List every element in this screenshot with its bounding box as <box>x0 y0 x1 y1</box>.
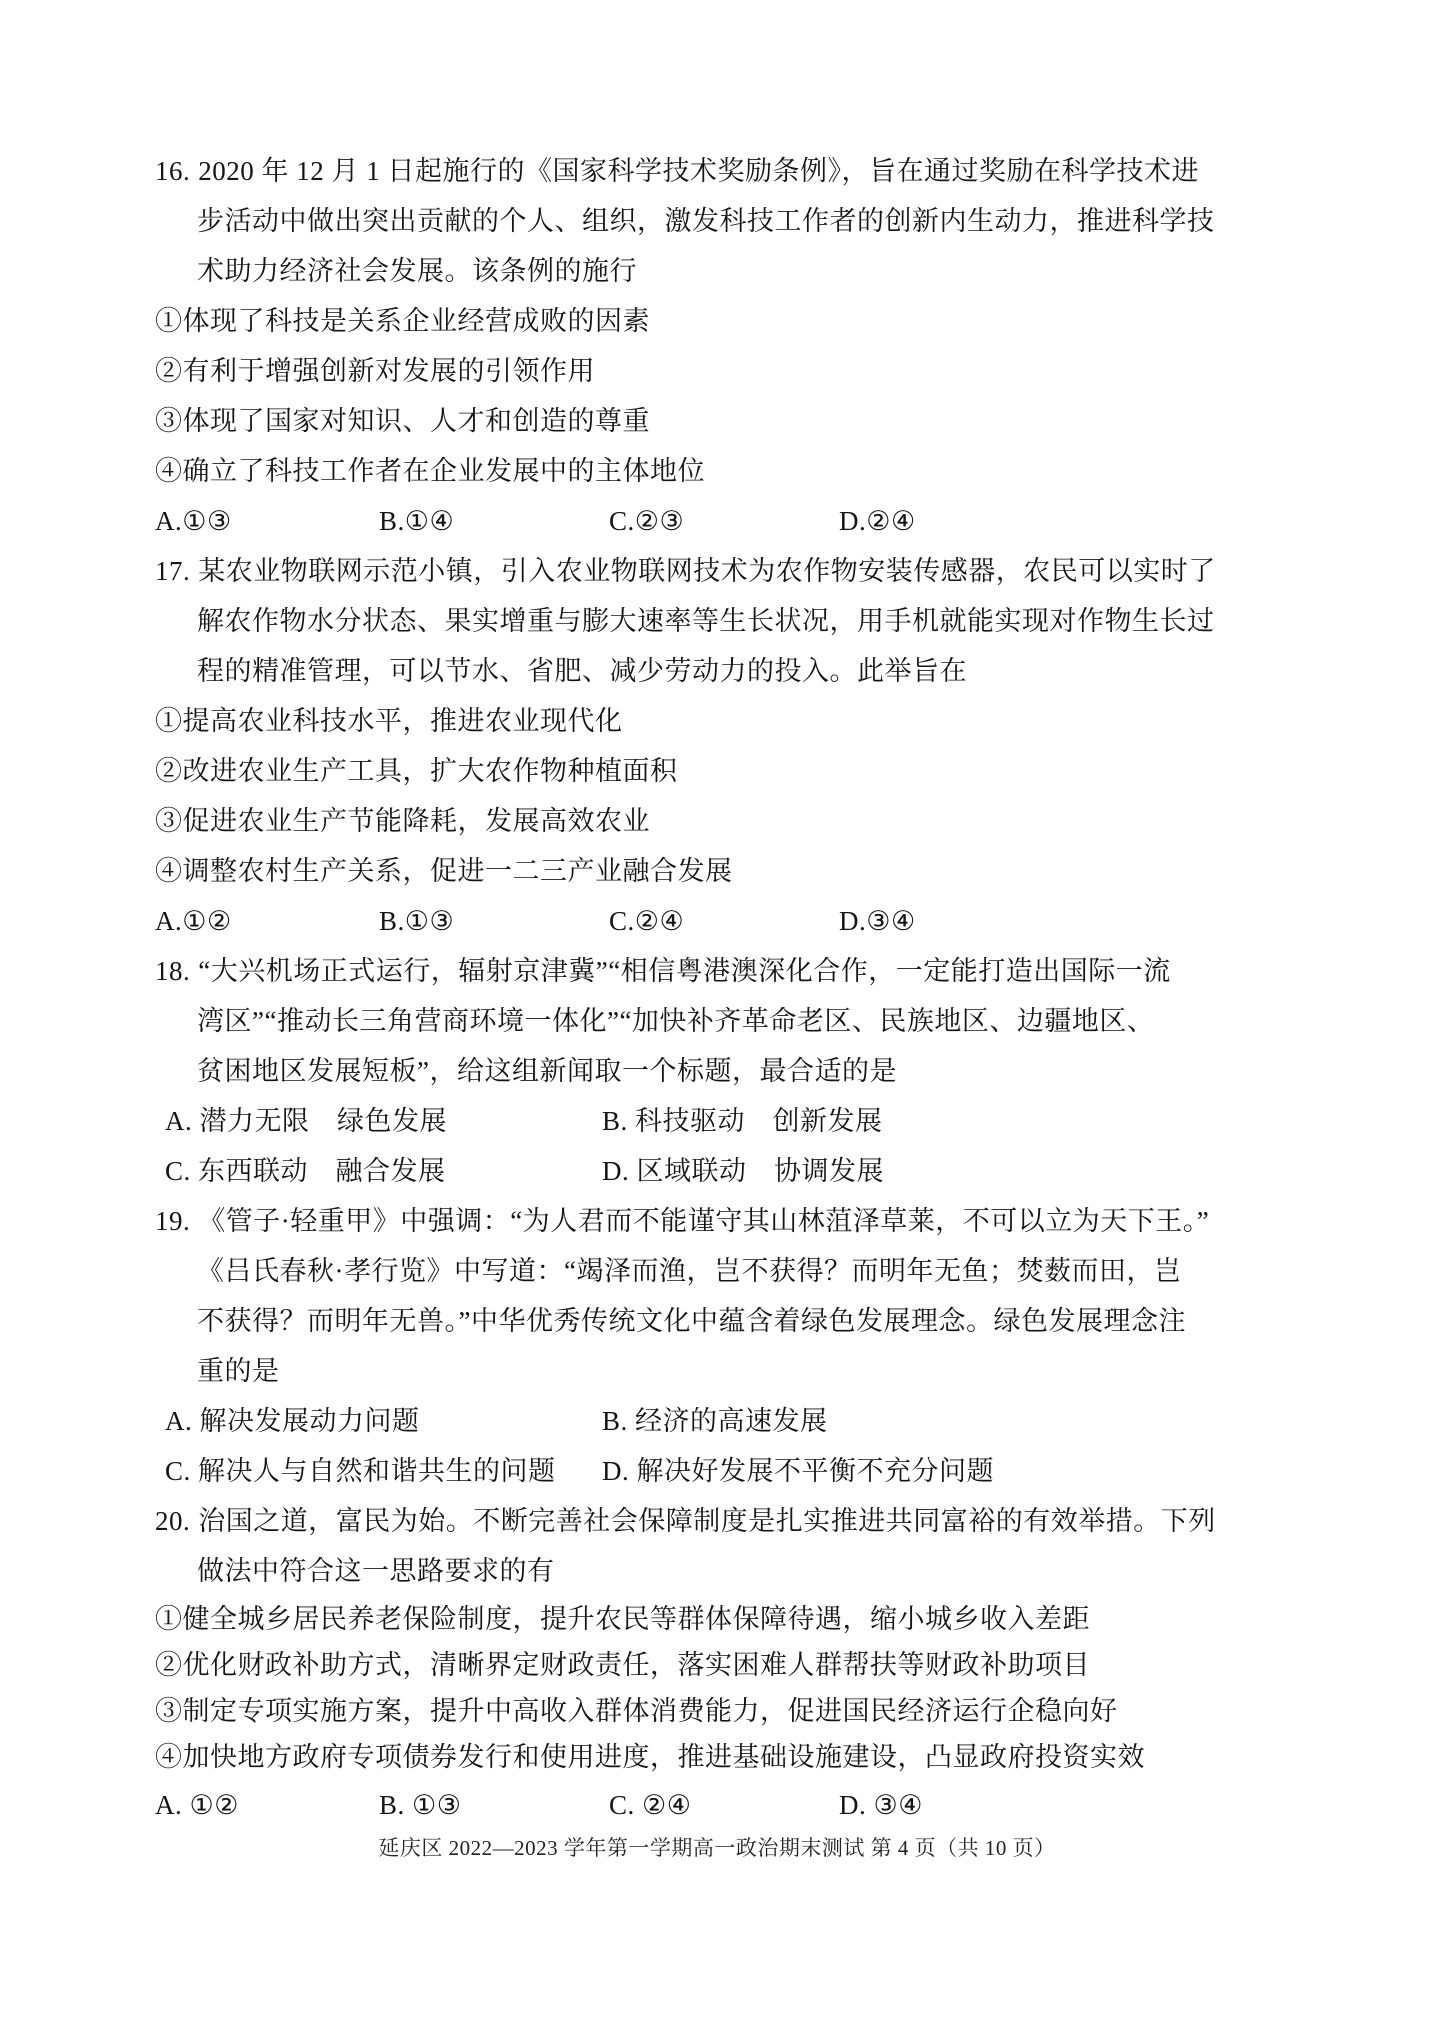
stem-line: 治国之道，富民为始。不断完善社会保障制度是扎实推进共同富裕的有效举措。下列 <box>198 1506 1216 1536</box>
item-line-4: ④调整农村生产关系，促进一二三产业融合发展 <box>155 846 1325 896</box>
choices-row: A. 潜力无限 绿色发展 B. 科技驱动 创新发展 <box>155 1096 1325 1146</box>
stem-line: 程的精准管理，可以节水、省肥、减少劳动力的投入。此举旨在 <box>155 646 1325 696</box>
item-line-1: ①健全城乡居民养老保险制度，提升农民等群体保障待遇，缩小城乡收入差距 <box>155 1596 1325 1642</box>
choices-row: C. 东西联动 融合发展 D. 区域联动 协调发展 <box>155 1146 1325 1196</box>
stem-line: 2020 年 12 月 1 日起施行的《国家科学技术奖励条例》，旨在通过奖励在科… <box>198 156 1199 186</box>
exam-body: 16.2020 年 12 月 1 日起施行的《国家科学技术奖励条例》，旨在通过奖… <box>155 146 1325 1830</box>
item-line-4: ④加快地方政府专项债券发行和使用进度，推进基础设施建设，凸显政府投资实效 <box>155 1734 1325 1780</box>
item-line-2: ②优化财政补助方式，清晰界定财政责任，落实困难人群帮扶等财政补助项目 <box>155 1642 1325 1688</box>
item-line-2: ②改进农业生产工具，扩大农作物种植面积 <box>155 746 1325 796</box>
choice-b: B. ①③ <box>379 1780 609 1830</box>
choices-row: A.①② B.①③ C.②④ D.③④ <box>155 896 1325 946</box>
choice-a: A. ①② <box>155 1780 379 1830</box>
stem-line: 重的是 <box>155 1346 1325 1396</box>
stem-line: 《管子·轻重甲》中强调：“为人君而不能谨守其山林菹泽草莱，不可以立为天下王。” <box>198 1206 1209 1236</box>
choice-b: B.①④ <box>379 496 609 546</box>
item-line-4: ④确立了科技工作者在企业发展中的主体地位 <box>155 446 1325 496</box>
choice-b: B.①③ <box>379 896 609 946</box>
question-17: 17.某农业物联网示范小镇，引入农业物联网技术为农作物安装传感器，农民可以实时了… <box>155 546 1325 946</box>
choice-a: A.①② <box>155 896 379 946</box>
item-line-2: ②有利于增强创新对发展的引领作用 <box>155 346 1325 396</box>
exam-page: { "footer": { "text": "延庆区 2022—2023 学年第… <box>0 0 1434 2024</box>
choice-c: C. ②④ <box>609 1780 839 1830</box>
stem-line: 贫困地区发展短板”，给这组新闻取一个标题，最合适的是 <box>155 1046 1325 1096</box>
question-number: 17. <box>155 556 190 586</box>
stem-line: 解农作物水分状态、果实增重与膨大速率等生长状况，用手机就能实现对作物生长过 <box>155 596 1325 646</box>
item-line-3: ③体现了国家对知识、人才和创造的尊重 <box>155 396 1325 446</box>
choice-c: C.②③ <box>609 496 839 546</box>
choice-c: C. 解决人与自然和谐共生的问题 <box>165 1446 602 1496</box>
choice-a: A. 解决发展动力问题 <box>165 1396 602 1446</box>
question-16: 16.2020 年 12 月 1 日起施行的《国家科学技术奖励条例》，旨在通过奖… <box>155 146 1325 546</box>
stem-line: 湾区”“推动长三角营商环境一体化”“加快补齐革命老区、民族地区、边疆地区、 <box>155 996 1325 1046</box>
stem-line: 《吕氏春秋·孝行览》中写道：“竭泽而渔，岂不获得？而明年无鱼；焚薮而田，岂 <box>155 1246 1325 1296</box>
item-line-1: ①提高农业科技水平，推进农业现代化 <box>155 696 1325 746</box>
choices-row: A. 解决发展动力问题 B. 经济的高速发展 <box>155 1396 1325 1446</box>
question-19: 19.《管子·轻重甲》中强调：“为人君而不能谨守其山林菹泽草莱，不可以立为天下王… <box>155 1196 1325 1496</box>
choices-row: C. 解决人与自然和谐共生的问题 D. 解决好发展不平衡不充分问题 <box>155 1446 1325 1496</box>
item-line-3: ③促进农业生产节能降耗，发展高效农业 <box>155 796 1325 846</box>
choice-b: B. 经济的高速发展 <box>602 1396 1325 1446</box>
choice-d: D. 区域联动 协调发展 <box>602 1146 1325 1196</box>
choices-row: A.①③ B.①④ C.②③ D.②④ <box>155 496 1325 546</box>
question-number: 19. <box>155 1206 190 1236</box>
choice-a: A.①③ <box>155 496 379 546</box>
question-number: 20. <box>155 1506 190 1536</box>
stem-line: 做法中符合这一思路要求的有 <box>155 1546 1325 1596</box>
choice-c: C. 东西联动 融合发展 <box>165 1146 602 1196</box>
choice-d: D.②④ <box>839 496 1325 546</box>
choice-c: C.②④ <box>609 896 839 946</box>
choice-b: B. 科技驱动 创新发展 <box>602 1096 1325 1146</box>
stem-line: “大兴机场正式运行，辐射京津冀”“相信粤港澳深化合作，一定能打造出国际一流 <box>198 956 1170 986</box>
page-footer: 延庆区 2022—2023 学年第一学期高一政治期末测试 第 4 页（共 10 … <box>0 1832 1434 1862</box>
choice-a: A. 潜力无限 绿色发展 <box>165 1096 602 1146</box>
question-18: 18.“大兴机场正式运行，辐射京津冀”“相信粤港澳深化合作，一定能打造出国际一流… <box>155 946 1325 1196</box>
choice-d: D.③④ <box>839 896 1325 946</box>
question-20: 20.治国之道，富民为始。不断完善社会保障制度是扎实推进共同富裕的有效举措。下列… <box>155 1496 1325 1830</box>
question-number: 16. <box>155 156 190 186</box>
stem-line: 步活动中做出突出贡献的个人、组织，激发科技工作者的创新内生动力，推进科学技 <box>155 196 1325 246</box>
stem-line: 不获得？而明年无兽。”中华优秀传统文化中蕴含着绿色发展理念。绿色发展理念注 <box>155 1296 1325 1346</box>
choices-row: A. ①② B. ①③ C. ②④ D. ③④ <box>155 1780 1325 1830</box>
item-line-1: ①体现了科技是关系企业经营成败的因素 <box>155 296 1325 346</box>
stem-line: 某农业物联网示范小镇，引入农业物联网技术为农作物安装传感器，农民可以实时了 <box>198 556 1216 586</box>
question-number: 18. <box>155 956 190 986</box>
item-line-3: ③制定专项实施方案，提升中高收入群体消费能力，促进国民经济运行企稳向好 <box>155 1688 1325 1734</box>
choice-d: D. 解决好发展不平衡不充分问题 <box>602 1446 1325 1496</box>
choice-d: D. ③④ <box>839 1780 1325 1830</box>
stem-line: 术助力经济社会发展。该条例的施行 <box>155 246 1325 296</box>
